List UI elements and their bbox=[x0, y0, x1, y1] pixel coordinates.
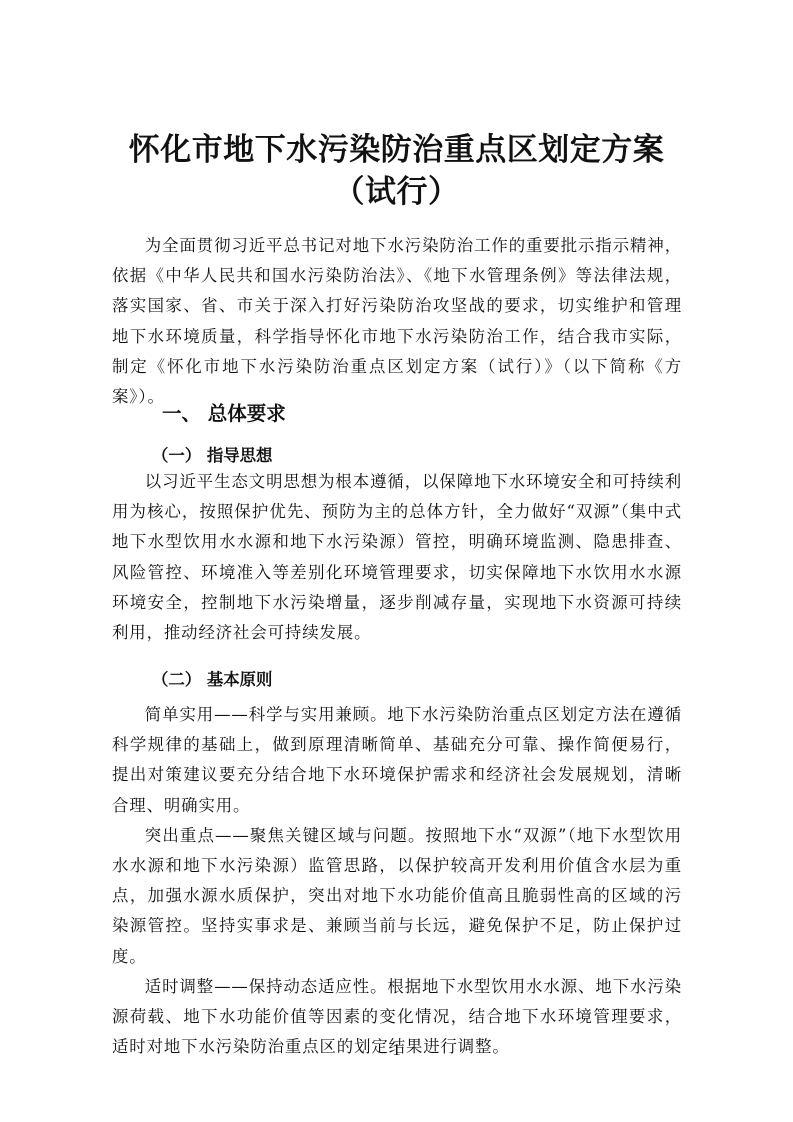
page-number: 1 bbox=[0, 1040, 793, 1060]
section-heading-1: 一、 总体要求 bbox=[162, 398, 286, 426]
document-title: 怀化市地下水污染防治重点区划定方案 bbox=[0, 124, 793, 169]
paragraph: 简单实用——科学与实用兼顾。地下水污染防治重点区划定方法在遵循科学规律的基础上，… bbox=[112, 700, 682, 821]
basic-principles-block: 简单实用——科学与实用兼顾。地下水污染防治重点区划定方法在遵循科学规律的基础上，… bbox=[112, 700, 682, 1062]
document-subtitle: （试行） bbox=[0, 166, 793, 211]
paragraph: 突出重点——聚焦关键区域与问题。按照地下水“双源”（地下水型饮用水水源和地下水污… bbox=[112, 821, 682, 972]
subsection-heading-1-1: （一） 指导思想 bbox=[152, 442, 272, 466]
intro-block: 为全面贯彻习近平总书记对地下水污染防治工作的重要批示指示精神，依据《中华人民共和… bbox=[112, 231, 682, 412]
guiding-thought-block: 以习近平生态文明思想为根本遵循，以保障地下水环境安全和可持续利用为核心，按照保护… bbox=[112, 467, 682, 648]
subsection-heading-1-2: （二） 基本原则 bbox=[152, 666, 272, 690]
paragraph: 以习近平生态文明思想为根本遵循，以保障地下水环境安全和可持续利用为核心，按照保护… bbox=[112, 467, 682, 648]
intro-paragraph: 为全面贯彻习近平总书记对地下水污染防治工作的重要批示指示精神，依据《中华人民共和… bbox=[112, 231, 682, 412]
document-page: 怀化市地下水污染防治重点区划定方案 （试行） 为全面贯彻习近平总书记对地下水污染… bbox=[0, 0, 793, 1122]
